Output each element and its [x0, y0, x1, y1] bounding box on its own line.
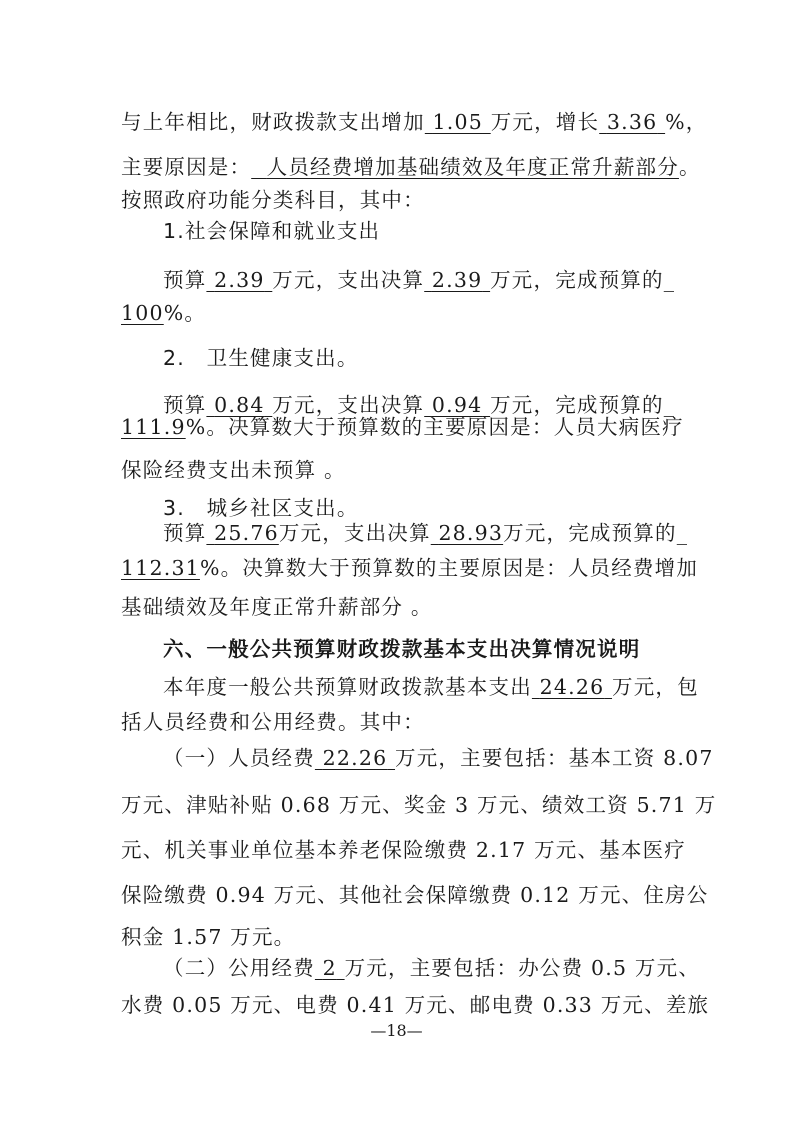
text-line: 基础绩效及年度正常升薪部分 。 [121, 595, 681, 619]
text-line: 112.31%。决算数大于预算数的主要原因是：人员经费增加 [121, 556, 681, 580]
text: %， [665, 110, 707, 134]
text-line: 元、机关事业单位基本养老保险缴费 2.17 万元、基本医疗 [121, 838, 681, 862]
section-title: 六、一般公共预算财政拨款基本支出决算情况说明 [163, 637, 723, 661]
text-line: 与上年相比，财政拨款支出增加 1.05 万元，增长 3.36 %， [121, 110, 681, 134]
document-page: 与上年相比，财政拨款支出增加 1.05 万元，增长 3.36 %， 主要原因是：… [0, 0, 793, 1122]
text-line: 水费 0.05 万元、电费 0.41 万元、邮电费 0.33 万元、差旅 [121, 993, 681, 1017]
text: 。 [679, 155, 701, 179]
percent-increase: 3.36 [599, 110, 665, 134]
page-number: —18— [0, 1021, 793, 1040]
text-line: 100%。 [121, 301, 681, 325]
section-heading-2: 2. 卫生健康支出。 [163, 346, 723, 370]
text-line: 保险缴费 0.94 万元、其他社会保障缴费 0.12 万元、住房公 [121, 883, 681, 907]
text: 与上年相比，财政拨款支出增加 [121, 110, 425, 134]
text: 万元，增长 [491, 110, 600, 134]
amount-increase: 1.05 [425, 110, 491, 134]
text-line: 按照政府功能分类科目，其中： [121, 188, 681, 212]
text-line: 本年度一般公共预算财政拨款基本支出 24.26 万元，包 [163, 675, 723, 699]
text-line: 预算 25.76万元，支出决算 28.93万元，完成预算的_ [163, 521, 723, 545]
section-heading-1: 1.社会保障和就业支出 [163, 219, 723, 243]
text: 主要原因是： [121, 155, 251, 179]
text-line: 括人员经费和公用经费。其中： [121, 710, 681, 734]
text-line: 万元、津贴补贴 0.68 万元、奖金 3 万元、绩效工资 5.71 万 [121, 793, 681, 817]
text-line: （二）公用经费 2 万元，主要包括：办公费 0.5 万元、 [163, 956, 723, 980]
text-line: 保险经费支出未预算 。 [121, 458, 681, 482]
reason-text: 人员经费增加基础绩效及年度正常升薪部分 [251, 155, 679, 179]
text-line: （一）人员经费 22.26 万元，主要包括：基本工资 8.07 [163, 746, 723, 770]
text-line: 预算 2.39 万元，支出决算 2.39 万元，完成预算的_ [163, 268, 723, 292]
text-line: 积金 1.57 万元。 [121, 925, 681, 949]
text-line: 111.9%。决算数大于预算数的主要原因是：人员大病医疗 [121, 415, 681, 439]
section-heading-3: 3. 城乡社区支出。 [163, 496, 723, 520]
text-line: 预算 0.84 万元，支出决算 0.94 万元，完成预算的_ [163, 393, 723, 417]
text-line: 主要原因是： 人员经费增加基础绩效及年度正常升薪部分。 [121, 155, 681, 179]
